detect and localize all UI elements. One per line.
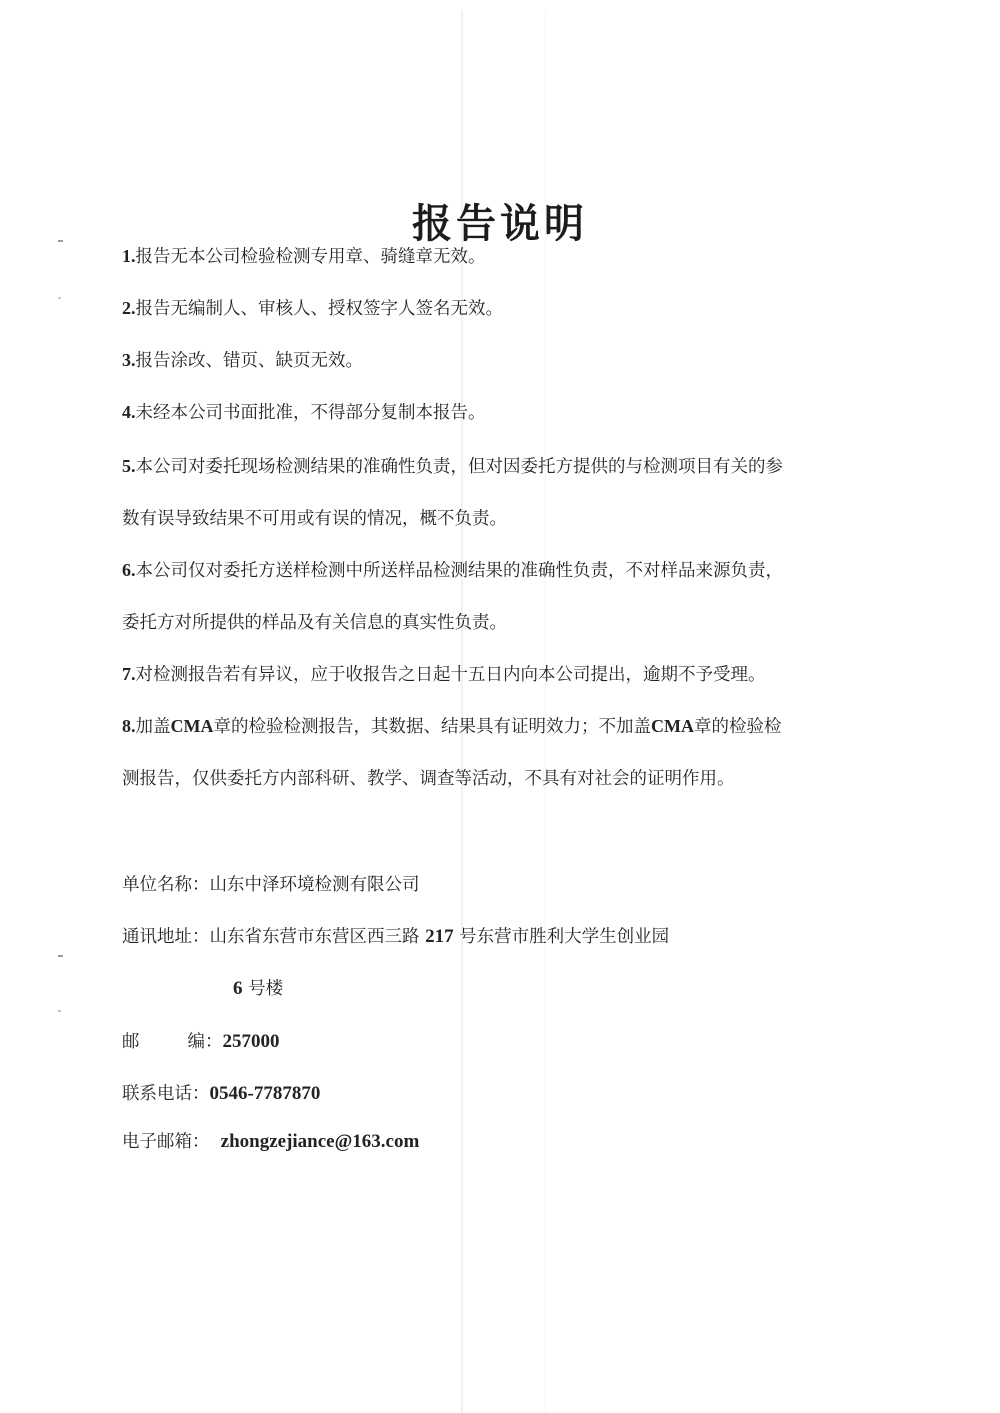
- address-label: 通讯地址：: [122, 923, 210, 948]
- clause-text: 加盖: [136, 717, 171, 737]
- clause-line: 5.本公司对委托现场检测结果的准确性负责，但对因委托方提供的与检测项目有关的参: [122, 440, 892, 493]
- clause-number: 8.: [122, 716, 136, 736]
- clause-line: 3.报告涂改、错页、缺页无效。: [122, 334, 892, 387]
- clause-text: 报告无本公司检验检测专用章、骑缝章无效。: [136, 247, 486, 267]
- clause-line: 测报告，仅供委托方内部科研、教学、调查等活动，不具有对社会的证明作用。: [122, 753, 892, 805]
- clause-text: 报告无编制人、审核人、授权签字人签名无效。: [136, 299, 504, 319]
- clause-number: 5.: [122, 456, 136, 476]
- phone-row: 联系电话：0546-7787870: [122, 1080, 320, 1105]
- clause-3: 3.报告涂改、错页、缺页无效。: [122, 334, 892, 387]
- email-value: zhongzejiance@163.com: [221, 1131, 420, 1152]
- clause-line: 数有误导致结果不可用或有误的情况，概不负责。: [122, 493, 892, 545]
- clause-7: 7.对检测报告若有异议，应于收报告之日起十五日内向本公司提出，逾期不予受理。: [122, 648, 892, 701]
- binding-hole-mark: [58, 955, 63, 957]
- clause-number: 6.: [122, 560, 136, 580]
- clause-line: 2.报告无编制人、审核人、授权签字人签名无效。: [122, 282, 892, 335]
- clause-2: 2.报告无编制人、审核人、授权签字人签名无效。: [122, 282, 892, 335]
- address-value: 山东省东营市东营区西三路: [210, 927, 420, 947]
- postcode-row: 邮编：257000: [122, 1028, 280, 1053]
- email-row: 电子邮箱： zhongzejiance@163.com: [122, 1128, 419, 1153]
- clause-line: 7.对检测报告若有异议，应于收报告之日起十五日内向本公司提出，逾期不予受理。: [122, 648, 892, 701]
- cma-mark-text: CMA: [171, 716, 214, 736]
- company-name-row: 单位名称：山东中泽环境检测有限公司: [122, 871, 420, 896]
- address-number: 217: [425, 926, 454, 947]
- clause-line: 委托方对所提供的样品及有关信息的真实性负责。: [122, 597, 892, 649]
- postcode-label: 编：: [188, 1028, 223, 1053]
- clause-number: 4.: [122, 402, 136, 422]
- clause-line: 6.本公司仅对委托方送样检测中所送样品检测结果的准确性负责，不对样品来源负责，: [122, 544, 892, 597]
- clause-line: 8.加盖CMA章的检验检测报告，其数据、结果具有证明效力；不加盖CMA章的检验检: [122, 700, 892, 753]
- clause-number: 7.: [122, 664, 136, 684]
- clause-4: 4.未经本公司书面批准，不得部分复制本报告。: [122, 386, 892, 439]
- clause-text: 委托方对所提供的样品及有关信息的真实性负责。: [122, 613, 507, 633]
- phone-label: 联系电话：: [122, 1080, 210, 1105]
- clause-text: 对检测报告若有异议，应于收报告之日起十五日内向本公司提出，逾期不予受理。: [136, 665, 766, 685]
- clause-number: 3.: [122, 350, 136, 370]
- company-name-label: 单位名称：: [122, 871, 210, 896]
- clause-text: 本公司仅对委托方送样检测中所送样品检测结果的准确性负责，不对样品来源负责，: [136, 561, 784, 581]
- phone-value: 0546-7787870: [210, 1083, 321, 1104]
- building-number: 6: [233, 978, 243, 999]
- building-text: 号楼: [248, 979, 283, 999]
- clause-text: 数有误导致结果不可用或有误的情况，概不负责。: [122, 509, 507, 529]
- clause-1: 1.报告无本公司检验检测专用章、骑缝章无效。: [122, 230, 892, 283]
- cma-mark-text: CMA: [651, 716, 694, 736]
- clause-text: 未经本公司书面批准，不得部分复制本报告。: [136, 403, 486, 423]
- address-row-2: 6 号楼: [233, 975, 283, 1000]
- address-value: 号东营市胜利大学生创业园: [459, 927, 669, 947]
- clause-text: 章的检验检: [694, 717, 782, 737]
- postcode-label: 邮: [122, 1028, 140, 1053]
- clause-6: 6.本公司仅对委托方送样检测中所送样品检测结果的准确性负责，不对样品来源负责， …: [122, 544, 892, 649]
- postcode-value: 257000: [223, 1031, 280, 1052]
- address-row: 通讯地址：山东省东营市东营区西三路 217 号东营市胜利大学生创业园: [122, 923, 669, 948]
- email-label: 电子邮箱：: [122, 1128, 210, 1153]
- binding-hole-mark: [58, 297, 61, 299]
- clause-text: 本公司对委托现场检测结果的准确性负责，但对因委托方提供的与检测项目有关的参: [136, 457, 784, 477]
- clause-text: 测报告，仅供委托方内部科研、教学、调查等活动，不具有对社会的证明作用。: [122, 769, 735, 789]
- clause-number: 1.: [122, 246, 136, 266]
- clause-text: 报告涂改、错页、缺页无效。: [136, 351, 364, 371]
- company-name-value: 山东中泽环境检测有限公司: [210, 875, 420, 895]
- clause-8: 8.加盖CMA章的检验检测报告，其数据、结果具有证明效力；不加盖CMA章的检验检…: [122, 700, 892, 805]
- clause-line: 4.未经本公司书面批准，不得部分复制本报告。: [122, 386, 892, 439]
- binding-hole-mark: [58, 1010, 61, 1012]
- clause-number: 2.: [122, 298, 136, 318]
- clause-text: 章的检验检测报告，其数据、结果具有证明效力；不加盖: [214, 717, 652, 737]
- clause-5: 5.本公司对委托现场检测结果的准确性负责，但对因委托方提供的与检测项目有关的参 …: [122, 440, 892, 545]
- clause-line: 1.报告无本公司检验检测专用章、骑缝章无效。: [122, 230, 892, 283]
